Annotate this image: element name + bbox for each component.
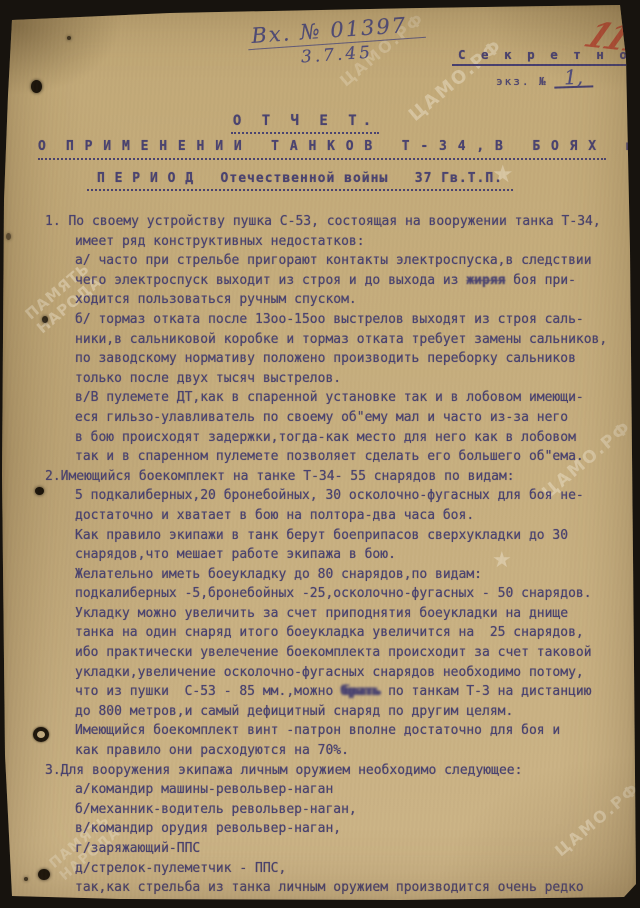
title-line-3: П Е Р И О Д Отечественной войны 37 Гв.Т.…: [0, 167, 600, 191]
document-line: чего электроспуск выходит из строя и до …: [45, 271, 623, 291]
line-text: в бою происходят задержки,тогда-как мест…: [75, 430, 576, 445]
document-line: а/командир машины-револьвер-наган: [45, 780, 623, 800]
strike-word: жиряя: [466, 273, 505, 288]
line-text: так,как стрельба из танка личным оружием…: [75, 880, 584, 895]
line-text: по заводскому нормативу положено произво…: [75, 351, 576, 366]
line-text: до 800 метров,и самый дефицитный снаряд …: [75, 704, 513, 719]
paper-hole: [67, 36, 71, 40]
document-line: снарядов,что мешает работе экипажа в бою…: [45, 545, 623, 565]
document-line: имеет ряд конструктивных недостатков:: [45, 232, 623, 252]
document-line: только после двух тысяч выстрелов.: [45, 369, 623, 389]
paper-hole: [24, 877, 28, 881]
line-text: еся гильзо-улавливатель по своему об"ему…: [75, 410, 568, 425]
line-text: только после двух тысяч выстрелов.: [75, 371, 341, 386]
line-text: как правило они расходуются на 70%.: [75, 743, 349, 758]
line-text: что из пушки С-53 - 85 мм.,можно: [75, 684, 341, 699]
line-text: достаточно и хватает в бою на полтора-дв…: [75, 508, 474, 523]
line-text: 1. По своему устройству пушка С-53, сост…: [45, 214, 601, 229]
line-text: а/ часто при стрельбе пригорают контакты…: [75, 253, 592, 268]
title-line-2: О П Р И М Е Н Е Н И И Т А Н К О В Т - 3 …: [38, 139, 606, 160]
document-line: ибо практически увелечение боекомплекта …: [45, 643, 623, 663]
paper-hole: [35, 487, 44, 495]
document-line: в бою происходят задержки,тогда-как мест…: [45, 428, 623, 448]
document-line: 5 подкалиберных,20 бронебойных, 30 оскол…: [45, 486, 623, 506]
document-line: Имеющийся боекомплект винт -патрон вполн…: [45, 721, 623, 741]
smudge-word: брать: [341, 684, 380, 699]
page-mark: 111: [577, 15, 640, 61]
line-text: в/командир орудия револьвер-наган,: [75, 821, 341, 836]
line-text: по танкам Т-3 на дистанцию: [380, 684, 591, 699]
document-line: еся гильзо-улавливатель по своему об"ему…: [45, 408, 623, 428]
document-line: 1. По своему устройству пушка С-53, сост…: [45, 212, 623, 232]
line-text: ибо практически увелечение боекомплекта …: [75, 645, 592, 660]
document-line: что из пушки С-53 - 85 мм.,можно брать п…: [45, 682, 623, 702]
document-line: а/ часто при стрельбе пригорают контакты…: [45, 251, 623, 271]
document-line: так и в спаренном пулемете позволяет сде…: [45, 447, 623, 467]
document-line: ходится пользоваться ручным спуском.: [45, 290, 623, 310]
line-text: д/стрелок-пулеметчик - ППС,: [75, 861, 286, 876]
line-text: подкалиберных -5,бронебойных -25,осколоч…: [75, 586, 592, 601]
line-text: 3.Для вооружения экипажа личным оружием …: [45, 763, 522, 778]
line-text: Укладку можно увеличить за счет приподня…: [75, 606, 568, 621]
document-line: Как правило экипажи в танк берут боеприп…: [45, 526, 623, 546]
line-text: укладки,увеличение осколочно-фугасных сн…: [75, 665, 584, 680]
document-line: ники,в сальниковой коробке и тормаз отка…: [45, 330, 623, 350]
line-text: б/ тормаз отката после 13оо-15оо выстрел…: [75, 312, 584, 327]
document-line: укладки,увеличение осколочно-фугасных сн…: [45, 663, 623, 683]
line-text: Имеющийся боекомплект винт -патрон вполн…: [75, 723, 560, 738]
paper-sheet: ЦАМО.РФ ЦАМО.РФ ПАМЯТЬ НАРОДА ★ ЦАМО.РФ …: [0, 0, 640, 908]
line-text: в/В пулемете ДТ,как в спаренной установк…: [75, 390, 584, 405]
line-text: боя при-: [505, 273, 575, 288]
line-text: Как правило экипажи в танк берут боеприп…: [75, 528, 568, 543]
document-line: в/командир орудия револьвер-наган,: [45, 819, 623, 839]
copy-label: экз. №: [496, 75, 548, 88]
document-line: как правило они расходуются на 70%.: [45, 741, 623, 761]
document-line: г/заряжающий-ППС: [45, 839, 623, 859]
document-line: в/В пулемете ДТ,как в спаренной установк…: [45, 388, 623, 408]
paper-hole: [6, 233, 11, 240]
line-text: чего электроспуск выходит из строя и до …: [75, 273, 466, 288]
line-text: снарядов,что мешает работе экипажа в бою…: [75, 547, 396, 562]
paper-hole: [42, 316, 48, 323]
document-line: б/механник-водитель револьвер-наган,: [45, 800, 623, 820]
document-line: 3.Для вооружения экипажа личным оружием …: [45, 761, 623, 781]
entry-stamp: Вх. № 01397 3.7.45: [247, 12, 428, 71]
document-line: б/ тормаз отката после 13оо-15оо выстрел…: [45, 310, 623, 330]
paper-hole: [38, 869, 50, 880]
document-line: Укладку можно увеличить за счет приподня…: [45, 604, 623, 624]
scanned-document-page: ЦАМО.РФ ЦАМО.РФ ПАМЯТЬ НАРОДА ★ ЦАМО.РФ …: [0, 0, 640, 908]
document-line: д/стрелок-пулеметчик - ППС,: [45, 859, 623, 879]
document-line: до 800 метров,и самый дефицитный снаряд …: [45, 702, 623, 722]
line-text: г/заряжающий-ППС: [75, 841, 200, 856]
document-line: Желательно иметь боеукладку до 80 снаряд…: [45, 565, 623, 585]
line-text: Желательно иметь боеукладку до 80 снаряд…: [75, 567, 482, 582]
line-text: ники,в сальниковой коробке и тормаз отка…: [75, 332, 607, 347]
document-line: подкалиберных -5,бронебойных -25,осколоч…: [45, 584, 623, 604]
title-line-1: О Т Ч Е Т.: [0, 110, 610, 134]
paper-hole: [31, 80, 42, 93]
line-text: а/командир машины-револьвер-наган: [75, 782, 333, 797]
line-text: б/механник-водитель револьвер-наган,: [75, 802, 357, 817]
document-line: достаточно и хватает в бою на полтора-дв…: [45, 506, 623, 526]
line-text: 2.Имеющийся боекомплект на танке Т-34- 5…: [45, 469, 515, 484]
paper-hole: [33, 727, 49, 742]
line-text: так и в спаренном пулемете позволяет сде…: [75, 449, 584, 464]
line-text: имеет ряд конструктивных недостатков:: [75, 234, 365, 249]
document-line: 2.Имеющийся боекомплект на танке Т-34- 5…: [45, 467, 623, 487]
document-line: по заводскому нормативу положено произво…: [45, 349, 623, 369]
document-line: танка на один снаряд итого боеукладка ув…: [45, 623, 623, 643]
document-body: 1. По своему устройству пушка С-53, сост…: [45, 212, 623, 898]
line-text: танка на один снаряд итого боеукладка ув…: [75, 625, 584, 640]
line-text: ходится пользоваться ручным спуском.: [75, 292, 357, 307]
document-line: так,как стрельба из танка личным оружием…: [45, 878, 623, 898]
copy-number: 1,: [553, 67, 593, 88]
line-text: 5 подкалиберных,20 бронебойных, 30 оскол…: [75, 488, 584, 503]
